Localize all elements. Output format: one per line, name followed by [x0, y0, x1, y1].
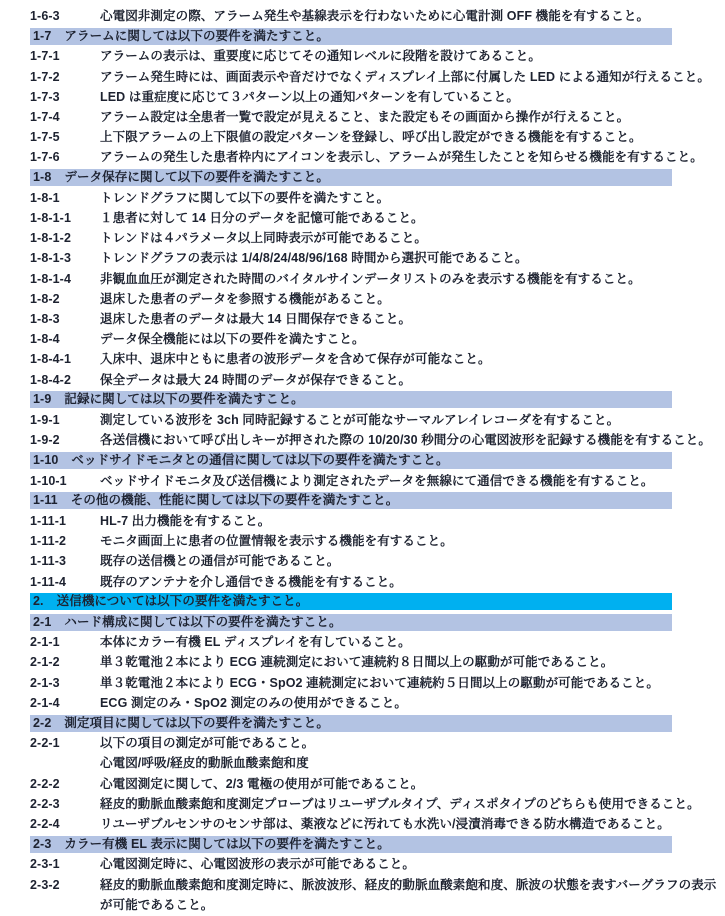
requirement-row: 2-1-4ECG 測定のみ・SpO2 測定のみの使用ができること。 [0, 693, 725, 713]
requirement-row: 1-8-4-1入床中、退床中ともに患者の波形データを含めて保存が可能なこと。 [0, 349, 725, 369]
requirement-row: 1-11-1HL-7 出力機能を有すること。 [0, 511, 725, 531]
requirement-id: 1-11-3 [30, 551, 100, 571]
section-highlight-bar: 2-2測定項目に関しては以下の要件を満たすこと。 [30, 715, 672, 732]
requirement-id: 1-8-1-2 [30, 228, 100, 248]
requirement-row: 1-8-2退床した患者のデータを参照する機能があること。 [0, 289, 725, 309]
requirement-id: 2-3-1 [30, 854, 100, 874]
requirement-text: モニタ画面上に患者の位置情報を表示する機能を有すること。 [100, 531, 717, 551]
chapter-highlight-bar: 2.送信機については以下の要件を満たすこと。 [30, 593, 672, 610]
requirement-id: 1-11-1 [30, 511, 100, 531]
requirement-row: 1-8-1-2トレンドは４パラメータ以上同時表示が可能であること。 [0, 228, 725, 248]
requirement-text: HL-7 出力機能を有すること。 [100, 511, 717, 531]
requirement-text: ECG 測定のみ・SpO2 測定のみの使用ができること。 [100, 693, 717, 713]
requirement-row: 1-7-4アラーム設定は全患者一覧で設定が見えること、また設定もその画面から操作… [0, 107, 725, 127]
requirement-id: 2-2-3 [30, 794, 100, 814]
requirement-row: 1-8-1-3トレンドグラフの表示は 1/4/8/24/48/96/168 時間… [0, 248, 725, 268]
section-header-row: 1-7アラームに関しては以下の要件を満たすこと。 [0, 26, 725, 46]
requirement-id: 1-7 [33, 28, 51, 45]
requirement-text: アラームに関しては以下の要件を満たすこと。 [64, 28, 329, 45]
requirement-text: アラーム設定は全患者一覧で設定が見えること、また設定もその画面から操作が行えるこ… [100, 107, 717, 127]
requirement-row: 1-11-2モニタ画面上に患者の位置情報を表示する機能を有すること。 [0, 531, 725, 551]
section-header-row: 1-10ベッドサイドモニタとの通信に関しては以下の要件を満たすこと。 [0, 450, 725, 470]
requirement-text: ベッドサイドモニタ及び送信機により測定されたデータを無線にて通信できる機能を有す… [100, 471, 717, 491]
requirement-row: 1-7-2アラーム発生時には、画面表示や音だけでなくディスプレイ上部に付属した … [0, 67, 725, 87]
requirement-row: 2-2-4リユーザブルセンサのセンサ部は、薬液などに汚れても水洗い/浸漬消毒でき… [0, 814, 725, 834]
requirement-text: トレンドは４パラメータ以上同時表示が可能であること。 [100, 228, 717, 248]
requirement-text: 心電図非測定の際、アラーム発生や基線表示を行わないために心電計測 OFF 機能を… [100, 6, 717, 26]
requirement-text: 心電図測定時に、心電図波形の表示が可能であること。 [100, 854, 717, 874]
requirement-id: 1-7-6 [30, 147, 100, 167]
requirement-text: 測定項目に関しては以下の要件を満たすこと。 [64, 715, 329, 732]
section-header-row: 1-8データ保存に関して以下の要件を満たすこと。 [0, 168, 725, 188]
requirement-id: 1-9-2 [30, 430, 100, 450]
requirement-row: 1-9-2各送信機において呼び出しキーが押された際の 10/20/30 秒間分の… [0, 430, 725, 450]
requirement-id: 2-2-1 [30, 733, 100, 753]
requirement-id: 1-8-4 [30, 329, 100, 349]
requirement-id: 2-2-2 [30, 774, 100, 794]
requirement-text: 退床した患者のデータを参照する機能があること。 [100, 289, 717, 309]
section-highlight-bar: 1-10ベッドサイドモニタとの通信に関しては以下の要件を満たすこと。 [30, 452, 672, 469]
requirement-id: 1-7-1 [30, 46, 100, 66]
section-header-row: 1-11その他の機能、性能に関しては以下の要件を満たすこと。 [0, 491, 725, 511]
requirement-row: 2-3-2経皮的動脈血酸素飽和度測定時に、脈波波形、経皮的動脈血酸素飽和度、脈波… [0, 875, 725, 915]
requirement-row: 1-11-4既存のアンテナを介し通信できる機能を有すること。 [0, 572, 725, 592]
requirement-id: 1-11-4 [30, 572, 100, 592]
requirement-text: 既存の送信機との通信が可能であること。 [100, 551, 717, 571]
requirement-text: 入床中、退床中ともに患者の波形データを含めて保存が可能なこと。 [100, 349, 717, 369]
requirement-id: 2-1-4 [30, 693, 100, 713]
section-highlight-bar: 1-7アラームに関しては以下の要件を満たすこと。 [30, 28, 672, 45]
section-highlight-bar: 1-8データ保存に関して以下の要件を満たすこと。 [30, 169, 672, 186]
requirement-text: 測定している波形を 3ch 同時記録することが可能なサーマルアレイレコーダを有す… [100, 410, 717, 430]
requirement-text: 記録に関しては以下の要件を満たすこと。 [64, 391, 303, 408]
requirement-text: カラー有機 EL 表示に関しては以下の要件を満たすこと。 [64, 836, 390, 853]
requirement-row: 1-7-5上下限アラームの上下限値の設定パターンを登録し、呼び出し設定ができる機… [0, 127, 725, 147]
requirement-id: 1-7-3 [30, 87, 100, 107]
requirement-text: 経皮的動脈血酸素飽和度測定プローブはリユーザブルタイプ、ディスポタイプのどちらも… [100, 794, 717, 814]
requirement-row: 2-1-2単３乾電池２本により ECG 連続測定において連続約８日間以上の駆動が… [0, 652, 725, 672]
section-header-row: 2-2測定項目に関しては以下の要件を満たすこと。 [0, 713, 725, 733]
requirement-text: 退床した患者のデータは最大 14 日間保存できること。 [100, 309, 717, 329]
requirement-row: 1-11-3既存の送信機との通信が可能であること。 [0, 551, 725, 571]
requirement-row: 2-1-3単３乾電池２本により ECG・SpO2 連続測定において連続約５日間以… [0, 673, 725, 693]
section-header-row: 2-1ハード構成に関しては以下の要件を満たすこと。 [0, 612, 725, 632]
requirement-row: 2-2-1以下の項目の測定が可能であること。 [0, 733, 725, 753]
requirement-text: 既存のアンテナを介し通信できる機能を有すること。 [100, 572, 717, 592]
requirement-row: 1-6-3心電図非測定の際、アラーム発生や基線表示を行わないために心電計測 OF… [0, 6, 725, 26]
requirement-text: 心電図測定に関して、2/3 電極の使用が可能であること。 [100, 774, 717, 794]
section-highlight-bar: 1-9記録に関しては以下の要件を満たすこと。 [30, 391, 672, 408]
requirement-text: データ保全機能には以下の要件を満たすこと。 [100, 329, 717, 349]
requirement-text: 上下限アラームの上下限値の設定パターンを登録し、呼び出し設定ができる機能を有する… [100, 127, 717, 147]
requirement-row: 2-2-3経皮的動脈血酸素飽和度測定プローブはリユーザブルタイプ、ディスポタイプ… [0, 794, 725, 814]
requirement-id: 2. [33, 593, 44, 610]
requirement-id: 2-1-3 [30, 673, 100, 693]
requirement-text: 各送信機において呼び出しキーが押された際の 10/20/30 秒間分の心電図波形… [100, 430, 717, 450]
requirement-id: 1-7-2 [30, 67, 100, 87]
requirement-text: アラームの表示は、重要度に応じてその通知レベルに段階を設けてあること。 [100, 46, 717, 66]
requirement-row: 1-7-6アラームの発生した患者枠内にアイコンを表示し、アラームが発生したことを… [0, 147, 725, 167]
section-header-row: 1-9記録に関しては以下の要件を満たすこと。 [0, 390, 725, 410]
requirement-id: 1-6-3 [30, 6, 100, 26]
requirement-id: 1-10 [33, 452, 58, 469]
requirement-id: 2-1 [33, 614, 51, 631]
requirement-id: 1-8-1-4 [30, 269, 100, 289]
requirement-row: 1-8-1-1１患者に対して 14 日分のデータを記憶可能であること。 [0, 208, 725, 228]
requirement-text: トレンドグラフに関して以下の要件を満たすこと。 [100, 188, 717, 208]
requirement-id: 1-8-1 [30, 188, 100, 208]
requirement-row: 1-7-1アラームの表示は、重要度に応じてその通知レベルに段階を設けてあること。 [0, 46, 725, 66]
requirement-text: 経皮的動脈血酸素飽和度測定時に、脈波波形、経皮的動脈血酸素飽和度、脈波の状態を表… [100, 875, 717, 915]
requirement-id: 1-11 [33, 492, 58, 509]
section-highlight-bar: 2-3カラー有機 EL 表示に関しては以下の要件を満たすこと。 [30, 836, 672, 853]
requirement-text: ハード構成に関しては以下の要件を満たすこと。 [64, 614, 341, 631]
requirement-id: 1-9-1 [30, 410, 100, 430]
section-highlight-bar: 2-1ハード構成に関しては以下の要件を満たすこと。 [30, 614, 672, 631]
requirement-text: 本体にカラー有機 EL ディスプレイを有していること。 [100, 632, 717, 652]
requirement-text: 非観血血圧が測定された時間のバイタルサインデータリストのみを表示する機能を有する… [100, 269, 717, 289]
requirement-text: 以下の項目の測定が可能であること。 [100, 733, 717, 753]
requirement-row: 2-1-1本体にカラー有機 EL ディスプレイを有していること。 [0, 632, 725, 652]
requirement-text: 送信機については以下の要件を満たすこと。 [57, 593, 309, 610]
requirement-text: リユーザブルセンサのセンサ部は、薬液などに汚れても水洗い/浸漬消毒できる防水構造… [100, 814, 717, 834]
requirement-id: 1-7-4 [30, 107, 100, 127]
requirement-id: 2-2 [33, 715, 51, 732]
requirement-text: 保全データは最大 24 時間のデータが保存できること。 [100, 370, 717, 390]
requirement-id: 2-1-1 [30, 632, 100, 652]
requirement-row: 2-2-2心電図測定に関して、2/3 電極の使用が可能であること。 [0, 774, 725, 794]
requirement-text: ベッドサイドモニタとの通信に関しては以下の要件を満たすこと。 [71, 452, 448, 469]
requirement-id: 2-3-2 [30, 875, 100, 895]
requirement-row: 1-8-1トレンドグラフに関して以下の要件を満たすこと。 [0, 188, 725, 208]
section-highlight-bar: 1-11その他の機能、性能に関しては以下の要件を満たすこと。 [30, 492, 672, 509]
requirement-text: 単３乾電池２本により ECG 連続測定において連続約８日間以上の駆動が可能である… [100, 652, 717, 672]
requirement-text: １患者に対して 14 日分のデータを記憶可能であること。 [100, 208, 717, 228]
requirement-text: トレンドグラフの表示は 1/4/8/24/48/96/168 時間から選択可能で… [100, 248, 717, 268]
requirement-text: アラーム発生時には、画面表示や音だけでなくディスプレイ上部に付属した LED に… [100, 67, 717, 87]
requirement-id: 1-8-4-1 [30, 349, 100, 369]
requirement-text: その他の機能、性能に関しては以下の要件を満たすこと。 [71, 492, 399, 509]
chapter-header-row: 2.送信機については以下の要件を満たすこと。 [0, 592, 725, 612]
requirement-id: 1-8 [33, 169, 51, 186]
requirement-id: 1-9 [33, 391, 51, 408]
requirement-id: 1-7-5 [30, 127, 100, 147]
requirement-row: 1-7-3LED は重症度に応じて３パターン以上の通知パターンを有していること。 [0, 87, 725, 107]
requirement-id: 1-8-3 [30, 309, 100, 329]
requirement-row: 1-8-3退床した患者のデータは最大 14 日間保存できること。 [0, 309, 725, 329]
requirement-id: 2-2-4 [30, 814, 100, 834]
requirement-id: 1-8-1-1 [30, 208, 100, 228]
section-header-row: 2-3カラー有機 EL 表示に関しては以下の要件を満たすこと。 [0, 834, 725, 854]
requirement-id: 1-10-1 [30, 471, 100, 491]
requirement-row: 1-8-1-4非観血血圧が測定された時間のバイタルサインデータリストのみを表示す… [0, 269, 725, 289]
requirement-row: 1-10-1ベッドサイドモニタ及び送信機により測定されたデータを無線にて通信でき… [0, 471, 725, 491]
requirement-row: 1-8-4データ保全機能には以下の要件を満たすこと。 [0, 329, 725, 349]
requirement-row: 1-8-4-2保全データは最大 24 時間のデータが保存できること。 [0, 370, 725, 390]
requirement-text: LED は重症度に応じて３パターン以上の通知パターンを有していること。 [100, 87, 717, 107]
requirement-id: 1-11-2 [30, 531, 100, 551]
requirement-id: 1-8-1-3 [30, 248, 100, 268]
requirement-id: 1-8-2 [30, 289, 100, 309]
requirement-text: データ保存に関して以下の要件を満たすこと。 [64, 169, 329, 186]
requirement-text: 単３乾電池２本により ECG・SpO2 連続測定において連続約５日間以上の駆動が… [100, 673, 717, 693]
requirement-text: アラームの発生した患者枠内にアイコンを表示し、アラームが発生したことを知らせる機… [100, 147, 717, 167]
document: 1-6-3心電図非測定の際、アラーム発生や基線表示を行わないために心電計測 OF… [0, 0, 725, 915]
continuation-row: 心電図/呼吸/経皮的動脈血酸素飽和度 [0, 753, 725, 773]
requirement-id: 2-1-2 [30, 652, 100, 672]
requirement-row: 2-3-1心電図測定時に、心電図波形の表示が可能であること。 [0, 854, 725, 874]
requirement-text: 心電図/呼吸/経皮的動脈血酸素飽和度 [100, 753, 717, 773]
requirement-id: 2-3 [33, 836, 51, 853]
requirement-row: 1-9-1測定している波形を 3ch 同時記録することが可能なサーマルアレイレコ… [0, 410, 725, 430]
requirement-id: 1-8-4-2 [30, 370, 100, 390]
